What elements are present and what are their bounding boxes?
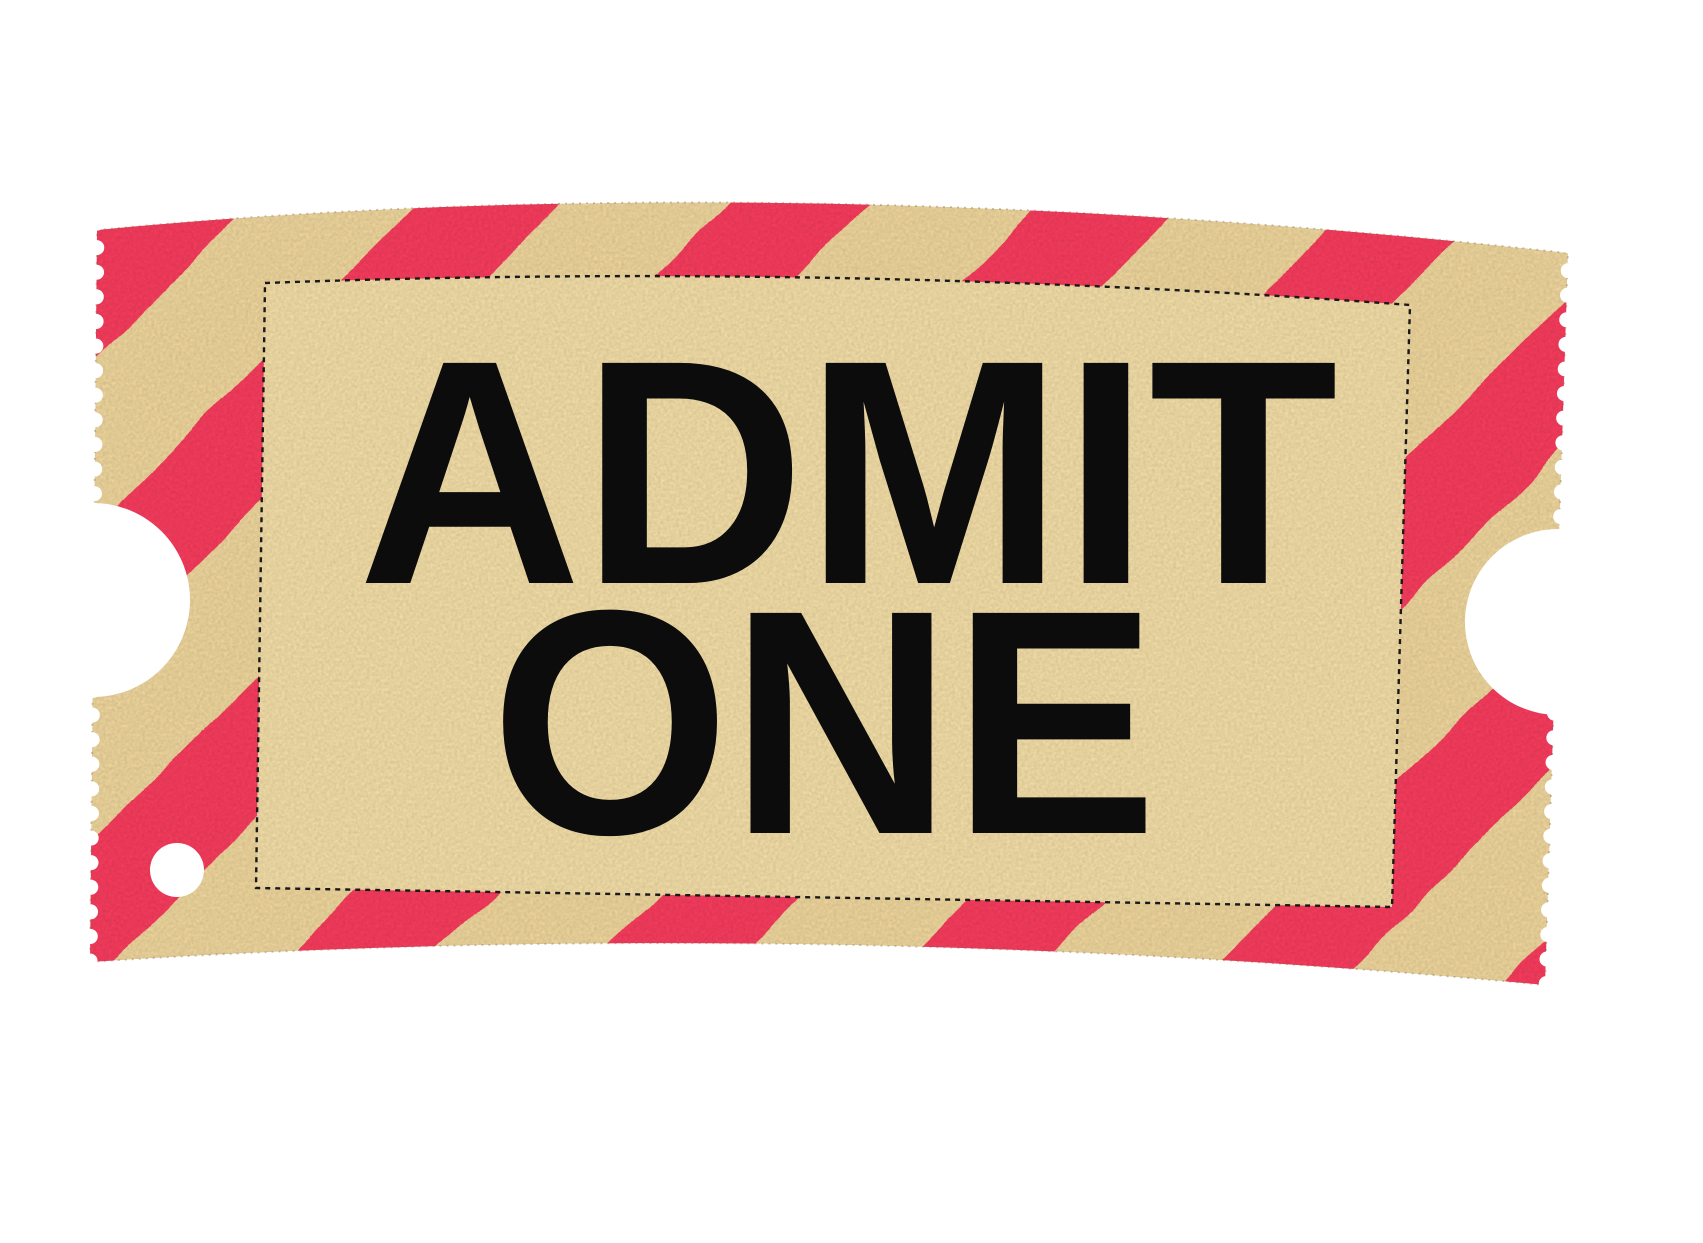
punch-hole: [150, 843, 204, 897]
ticket: ADMIT ONE: [50, 130, 1630, 1040]
ticket-text-line2: ONE: [491, 543, 1158, 901]
canvas: ADMIT ONE: [0, 0, 1703, 1243]
ticket-illustration: ADMIT ONE: [0, 0, 1703, 1243]
right-bite-notch: [1465, 529, 1651, 715]
left-bite-notch: [0, 503, 190, 697]
